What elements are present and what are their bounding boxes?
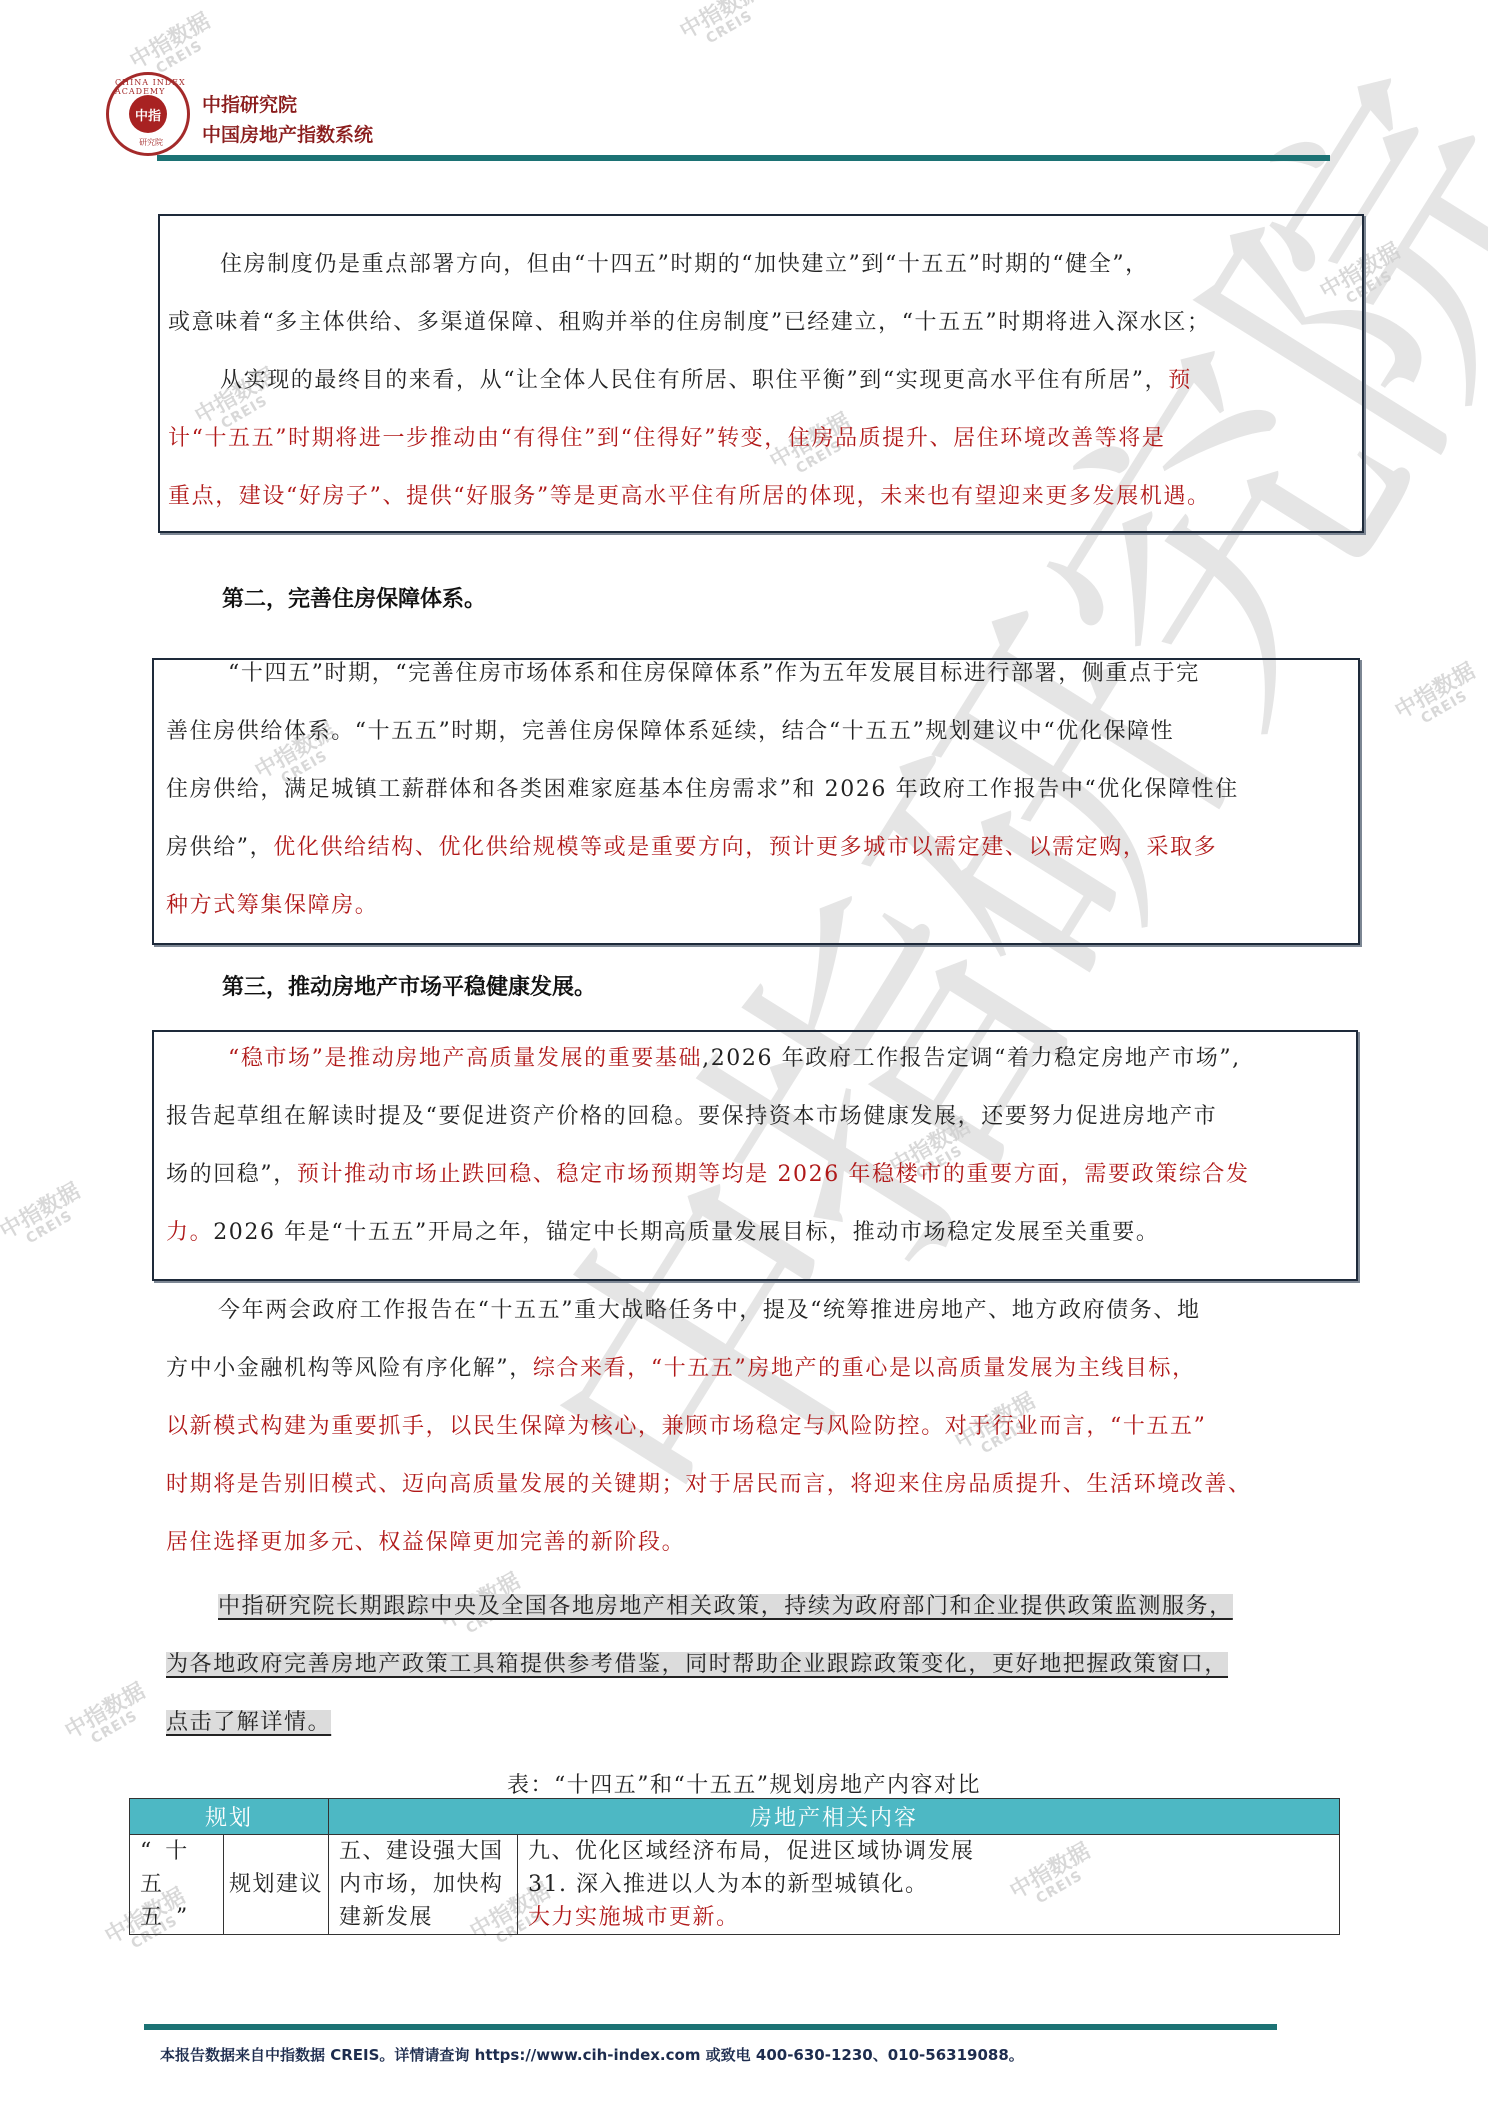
table-caption: 表：“十四五”和“十五五”规划房地产内容对比	[0, 1768, 1488, 1799]
header-divider	[157, 155, 1330, 161]
footer-text: 本报告数据来自中指数据 CREIS。详情请查询 https://www.cih-…	[160, 2044, 1024, 2065]
box1-line: 或意味着“多主体供给、多渠道保障、租购并举的住房制度”已经建立，“十五五”时期将…	[168, 294, 1353, 352]
table-cell-doc: 规划建议	[224, 1835, 329, 1935]
box2-text: “十四五”时期，“完善住房市场体系和住房保障体系”作为五年发展目标进行部署，侧重…	[166, 645, 1351, 935]
summary-line: 时期将是告别旧模式、迈向高质量发展的关键期；对于居民而言，将迎来住房品质提升、生…	[166, 1456, 1351, 1514]
table-cell-content: 九、优化区域经济布局，促进区域协调发展 31. 深入推进以人为本的新型城镇化。 …	[518, 1835, 1340, 1935]
content-line: 九、优化区域经济布局，促进区域协调发展	[528, 1835, 1329, 1868]
box1-line: 重点，建设“好房子”、提供“好服务”等是更高水平住有所居的体现，未来也有望迎来更…	[168, 468, 1353, 526]
summary-line: 方中小金融机构等风险有序化解”，综合来看，“十五五”房地产的重心是以高质量发展为…	[166, 1340, 1351, 1398]
table-cell-plan: “十五五”	[130, 1835, 224, 1935]
table-header-cell: 房地产相关内容	[329, 1799, 1340, 1835]
box3-line: 场的回稳”，预计推动市场止跌回稳、稳定市场预期等均是 2026 年稳楼市的重要方…	[166, 1146, 1351, 1204]
box1-line: 住房制度仍是重点部署方向，但由“十四五”时期的“加快建立”到“十五五”时期的“健…	[168, 236, 1353, 294]
box3-text: “稳市场”是推动房地产高质量发展的重要基础,2026 年政府工作报告定调“着力稳…	[166, 1030, 1351, 1262]
promo-paragraph[interactable]: 中指研究院长期跟踪中央及全国各地房地产相关政策，持续为政府部门和企业提供政策监测…	[166, 1578, 1351, 1752]
section-heading: 第二，完善住房保障体系。	[222, 582, 486, 613]
promo-link-details[interactable]: 点击了解详情。	[166, 1710, 331, 1735]
summary-line: 以新模式构建为重要抓手，以民生保障为核心，兼顾市场稳定与风险防控。对于行业而言，…	[166, 1398, 1351, 1456]
watermark-small: 中指数据CREIS	[1392, 660, 1486, 735]
box1-text: 住房制度仍是重点部署方向，但由“十四五”时期的“加快建立”到“十五五”时期的“健…	[168, 236, 1353, 526]
table-header-cell: 规划	[130, 1799, 329, 1835]
summary-paragraph: 今年两会政府工作报告在“十五五”重大战略任务中，提及“统筹推进房地产、地方政府债…	[166, 1282, 1351, 1572]
promo-link[interactable]: 中指研究院长期跟踪中央及全国各地房地产相关政策，持续为政府部门和企业提供政策监测…	[218, 1594, 1233, 1619]
box3-line: 报告起草组在解读时提及“要促进资产价格的回稳。要保持资本市场健康发展，还要努力促…	[166, 1088, 1351, 1146]
table-cell-chapter: 五、建设强大国内市场，加快构建新发展	[329, 1835, 518, 1935]
box2-line: 房供给”，优化供给结构、优化供给规模等或是重要方向，预计更多城市以需定建、以需定…	[166, 819, 1351, 877]
box2-line: 住房供给，满足城镇工薪群体和各类困难家庭基本住房需求”和 2026 年政府工作报…	[166, 761, 1351, 819]
watermark-small: 中指数据CREIS	[62, 1680, 156, 1755]
box2-line: 善住房供给体系。“十五五”时期，完善住房保障体系延续，结合“十五五”规划建议中“…	[166, 703, 1351, 761]
table-header-row: 规划 房地产相关内容	[130, 1799, 1340, 1835]
box3-line: “稳市场”是推动房地产高质量发展的重要基础,2026 年政府工作报告定调“着力稳…	[166, 1030, 1351, 1088]
content-line: 31. 深入推进以人为本的新型城镇化。	[528, 1868, 1329, 1901]
footer-divider	[144, 2024, 1277, 2030]
logo-ring-text: CHINA INDEX ACADEMY	[115, 78, 187, 96]
box2-line: “十四五”时期，“完善住房市场体系和住房保障体系”作为五年发展目标进行部署，侧重…	[166, 645, 1351, 703]
table-row: “十五五” 规划建议 五、建设强大国内市场，加快构建新发展 九、优化区域经济布局…	[130, 1835, 1340, 1935]
section-heading: 第三，推动房地产市场平稳健康发展。	[222, 970, 596, 1001]
box1-line: 计“十五五”时期将进一步推动由“有得住”到“住得好”转变，住房品质提升、居住环境…	[168, 410, 1353, 468]
logo-center: 中指	[129, 95, 167, 133]
brand-subtitle: 中国房地产指数系统	[202, 120, 373, 147]
promo-link[interactable]: 为各地政府完善房地产政策工具箱提供参考借鉴，同时帮助企业跟踪政策变化，更好地把握…	[166, 1652, 1228, 1677]
logo-bottom-text: 研究院	[139, 137, 163, 148]
comparison-table: 规划 房地产相关内容 “十五五” 规划建议 五、建设强大国内市场，加快构建新发展…	[129, 1798, 1340, 1935]
box3-line: 力。2026 年是“十五五”开局之年，锚定中长期高质量发展目标，推动市场稳定发展…	[166, 1204, 1351, 1262]
content-line-highlight: 大力实施城市更新。	[528, 1901, 1329, 1934]
summary-line: 今年两会政府工作报告在“十五五”重大战略任务中，提及“统筹推进房地产、地方政府债…	[166, 1282, 1351, 1340]
watermark-small: 中指数据CREIS	[677, 0, 771, 56]
logo: CHINA INDEX ACADEMY 中指 研究院	[106, 72, 190, 156]
summary-line: 居住选择更加多元、权益保障更加完善的新阶段。	[166, 1514, 1351, 1572]
brand-name: 中指研究院	[202, 90, 297, 117]
box2-line: 种方式筹集保障房。	[166, 877, 1351, 935]
watermark-small: 中指数据CREIS	[0, 1180, 91, 1255]
box1-line: 从实现的最终目的来看，从“让全体人民住有所居、职住平衡”到“实现更高水平住有所居…	[168, 352, 1353, 410]
